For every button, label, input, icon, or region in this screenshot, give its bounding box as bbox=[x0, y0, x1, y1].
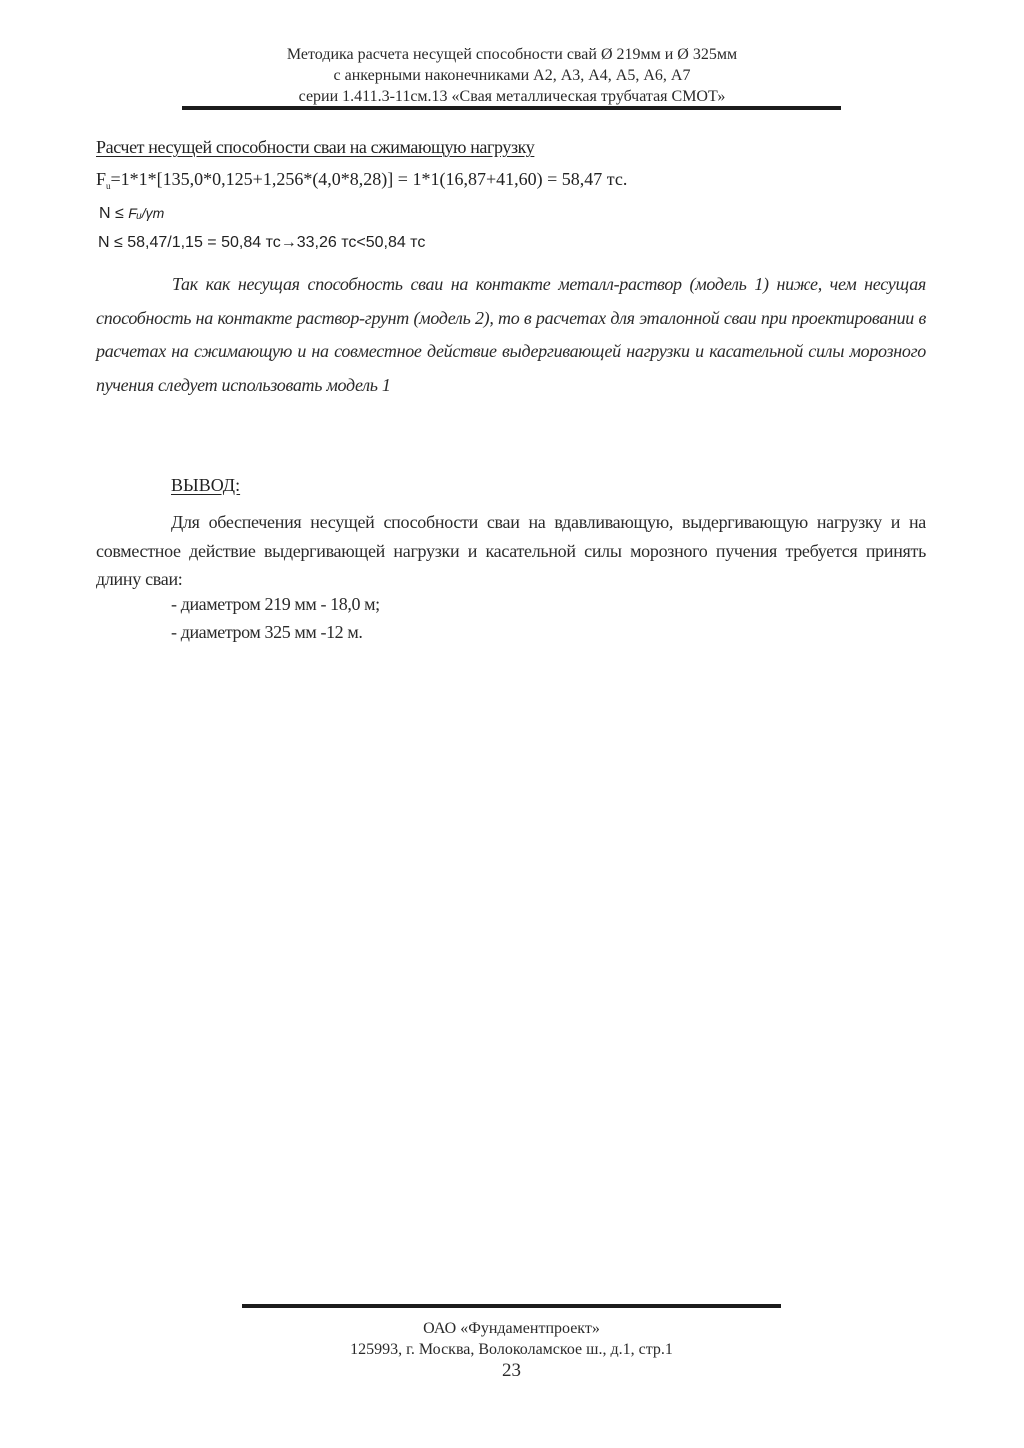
page-header: Методика расчета несущей способности сва… bbox=[182, 44, 842, 107]
list-item: - диаметром 219 мм - 18,0 м; bbox=[171, 594, 380, 615]
formula-n-rhs: Fᵤ/γm bbox=[128, 205, 164, 221]
header-line-1: Методика расчета несущей способности сва… bbox=[182, 44, 842, 65]
formula-fu-symbol: F bbox=[96, 169, 106, 189]
footer-company: ОАО «Фундаментпроект» bbox=[242, 1318, 781, 1339]
header-line-2: с анкерными наконечниками А2, А3, А4, А5… bbox=[182, 65, 842, 86]
conclusion-title: ВЫВОД: bbox=[171, 475, 240, 496]
page-footer: ОАО «Фундаментпроект» 125993, г. Москва,… bbox=[242, 1318, 781, 1360]
formula-n-lhs: N ≤ bbox=[99, 205, 128, 222]
header-divider bbox=[182, 106, 841, 110]
formula-n-value: N ≤ 58,47/1,15 = 50,84 тс→33,26 тс<50,84… bbox=[98, 234, 425, 252]
conclusion-paragraph: Для обеспечения несущей способности сваи… bbox=[96, 508, 926, 594]
footer-divider bbox=[242, 1304, 781, 1308]
formula-fu-body: =1*1*[135,0*0,125+1,256*(4,0*8,28)] = 1*… bbox=[111, 169, 628, 189]
section-title: Расчет несущей способности сваи на сжима… bbox=[96, 137, 534, 158]
header-line-3: серии 1.411.3-11см.13 «Свая металлическа… bbox=[182, 86, 842, 107]
formula-n-condition: N ≤ Fᵤ/γm bbox=[99, 205, 164, 223]
conclusion-text: Для обеспечения несущей способности сваи… bbox=[96, 512, 926, 589]
list-item: - диаметром 325 мм -12 м. bbox=[171, 622, 362, 643]
model-explanation-text: Так как несущая способность сваи на конт… bbox=[96, 274, 926, 395]
model-explanation-paragraph: Так как несущая способность сваи на конт… bbox=[96, 268, 926, 402]
footer-address: 125993, г. Москва, Волоколамское ш., д.1… bbox=[242, 1339, 781, 1360]
page-number: 23 bbox=[242, 1360, 781, 1382]
formula-fu: Fu=1*1*[135,0*0,125+1,256*(4,0*8,28)] = … bbox=[96, 169, 627, 191]
